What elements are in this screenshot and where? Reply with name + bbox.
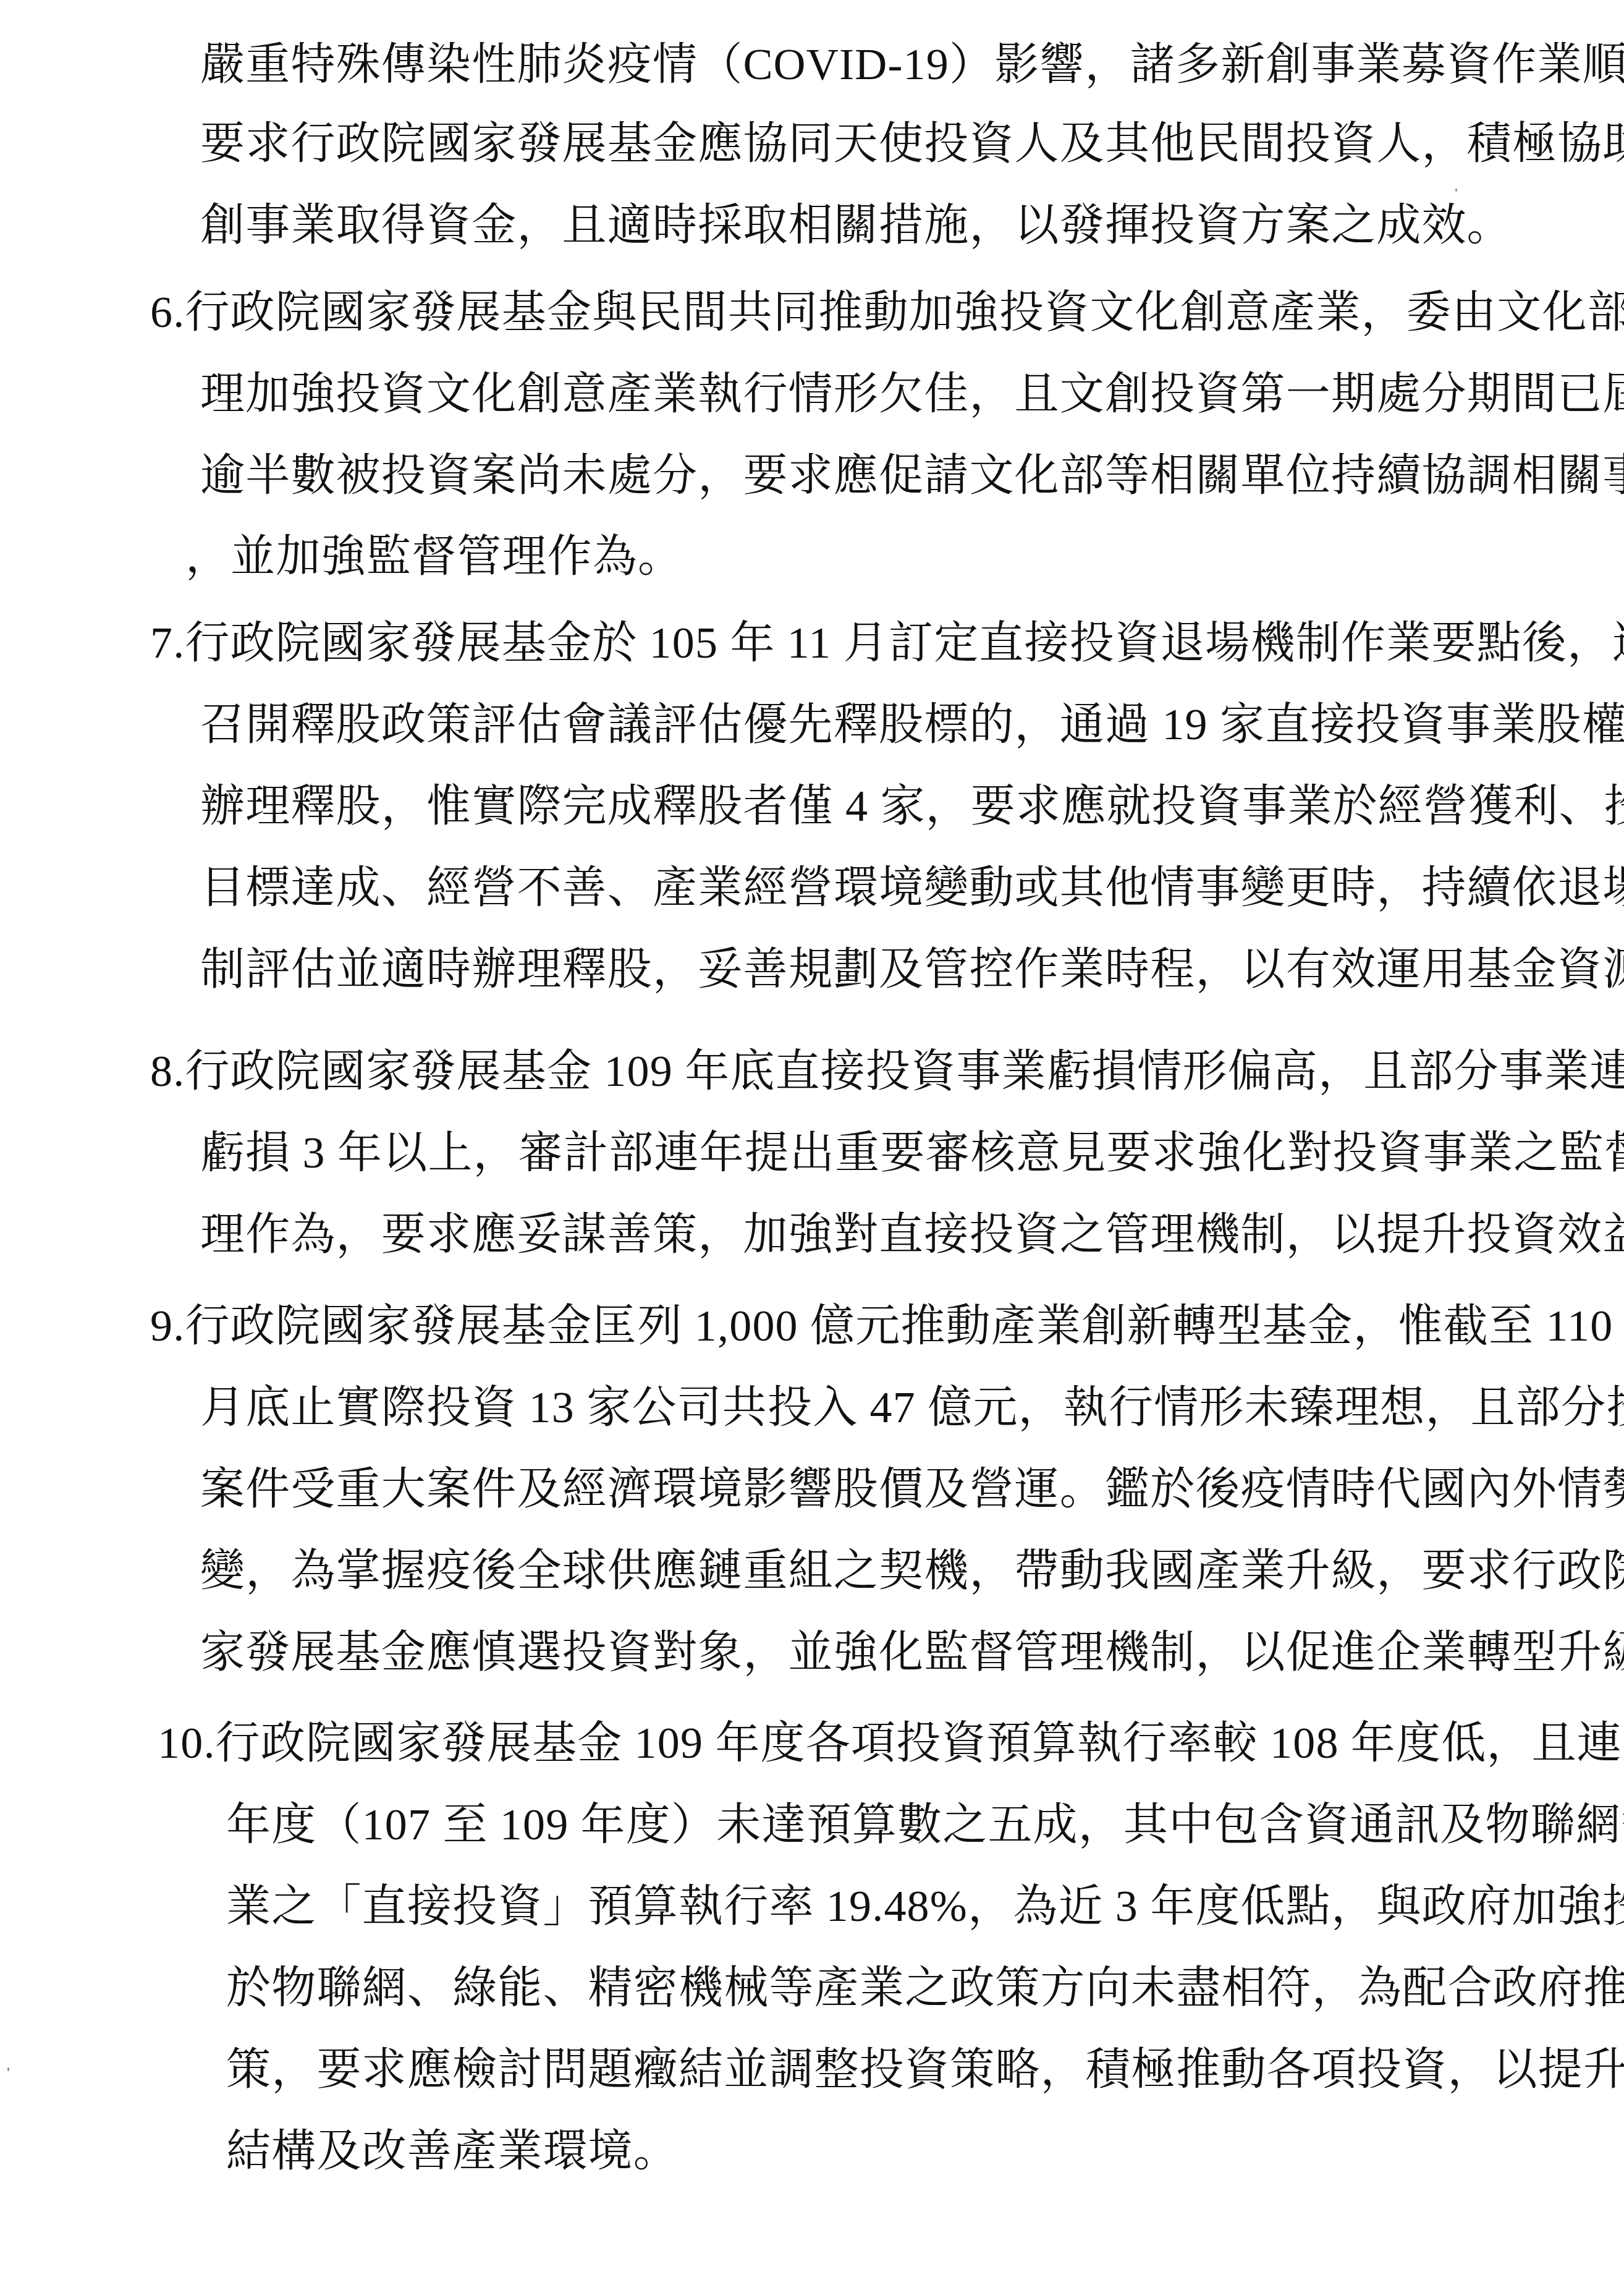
paragraph-line: 召開釋股政策評估會議評估優先釋股標的，通過 19 家直接投資事業股權優先 xyxy=(200,697,1624,752)
paragraph-line: 辦理釋股，惟實際完成釋股者僅 4 家，要求應就投資事業於經營獲利、投資 xyxy=(200,778,1624,834)
scan-speck xyxy=(1455,189,1457,192)
item-number: 10. xyxy=(158,1715,216,1771)
item-number: 8. xyxy=(150,1043,185,1099)
paragraph-line: 理作為，要求應妥謀善策，加強對直接投資之管理機制，以提升投資效益。 xyxy=(200,1206,1624,1262)
paragraph-line: 家發展基金應慎選投資對象，並強化監督管理機制，以促進企業轉型升級。 xyxy=(200,1624,1624,1680)
list-item-7-first-line: 7.行政院國家發展基金於 105 年 11 月訂定直接投資退場機制作業要點後，逐… xyxy=(150,615,1624,671)
paragraph-line: 變，為掌握疫後全球供應鏈重組之契機，帶動我國產業升級，要求行政院國 xyxy=(200,1543,1624,1598)
list-item-6-first-line: 6.行政院國家發展基金與民間共同推動加強投資文化創意產業，委由文化部辦 xyxy=(150,284,1624,340)
paragraph-line: 月底止實際投資 13 家公司共投入 47 億元，執行情形未臻理想，且部分投資 xyxy=(200,1380,1624,1435)
paragraph-line: 創事業取得資金，且適時採取相關措施，以發揮投資方案之成效。 xyxy=(200,197,1512,253)
paragraph-line: 案件受重大案件及經濟環境影響股價及營運。鑑於後疫情時代國內外情勢丕 xyxy=(200,1461,1624,1517)
paragraph-text: 行政院國家發展基金與民間共同推動加強投資文化創意產業，委由文化部辦 xyxy=(185,287,1624,337)
paragraph-line: 理加強投資文化創意產業執行情形欠佳，且文創投資第一期處分期間已屆， xyxy=(200,366,1624,422)
paragraph-line: 業之「直接投資」預算執行率 19.48%，為近 3 年度低點，與政府加強投資 xyxy=(226,1878,1624,1934)
paragraph-line: 嚴重特殊傳染性肺炎疫情（COVID-19）影響，諸多新創事業募資作業順延， xyxy=(200,36,1624,92)
paragraph-line: 策，要求應檢討問題癥結並調整投資策略，積極推動各項投資，以提升產業 xyxy=(226,2041,1624,2097)
paragraph-line: 制評估並適時辦理釋股，妥善規劃及管控作業時程，以有效運用基金資源。 xyxy=(200,941,1624,997)
paragraph-line: ，並加強監督管理作為。 xyxy=(185,528,683,584)
paragraph-text: 行政院國家發展基金 109 年度各項投資預算執行率較 108 年度低，且連續 3 xyxy=(216,1718,1624,1768)
paragraph-line: 虧損 3 年以上，審計部連年提出重要審核意見要求強化對投資事業之監督管 xyxy=(200,1125,1624,1181)
item-number: 6. xyxy=(150,284,185,340)
item-number: 7. xyxy=(150,615,185,671)
paragraph-line: 於物聯網、綠能、精密機械等產業之政策方向未盡相符，為配合政府推動政 xyxy=(226,1960,1624,2016)
paragraph-line: 年度（107 至 109 年度）未達預算數之五成，其中包含資通訊及物聯網等產 xyxy=(226,1797,1624,1852)
list-item-10-first-line: 10.行政院國家發展基金 109 年度各項投資預算執行率較 108 年度低，且連… xyxy=(158,1715,1624,1771)
paragraph-text: 行政院國家發展基金 109 年底直接投資事業虧損情形偏高，且部分事業連續 xyxy=(185,1046,1624,1096)
list-item-9-first-line: 9.行政院國家發展基金匡列 1,000 億元推動產業創新轉型基金，惟截至 110… xyxy=(150,1298,1624,1354)
scan-speck xyxy=(7,2067,9,2071)
paragraph-line: 要求行政院國家發展基金應協同天使投資人及其他民間投資人，積極協助新 xyxy=(200,116,1624,171)
paragraph-text: 行政院國家發展基金於 105 年 11 月訂定直接投資退場機制作業要點後，逐年 xyxy=(185,618,1624,668)
scan-speck xyxy=(952,1147,954,1149)
document-page: 嚴重特殊傳染性肺炎疫情（COVID-19）影響，諸多新創事業募資作業順延， 要求… xyxy=(0,0,1624,2272)
paragraph-line: 目標達成、經營不善、產業經營環境變動或其他情事變更時，持續依退場機 xyxy=(200,860,1624,915)
list-item-8-first-line: 8.行政院國家發展基金 109 年底直接投資事業虧損情形偏高，且部分事業連續 xyxy=(150,1043,1624,1099)
item-number: 9. xyxy=(150,1298,185,1354)
paragraph-line: 結構及改善產業環境。 xyxy=(226,2123,679,2179)
paragraph-line: 逾半數被投資案尚未處分，要求應促請文化部等相關單位持續協調相關事宜 xyxy=(200,447,1624,503)
paragraph-text: 行政院國家發展基金匡列 1,000 億元推動產業創新轉型基金，惟截至 110 年… xyxy=(185,1301,1624,1350)
